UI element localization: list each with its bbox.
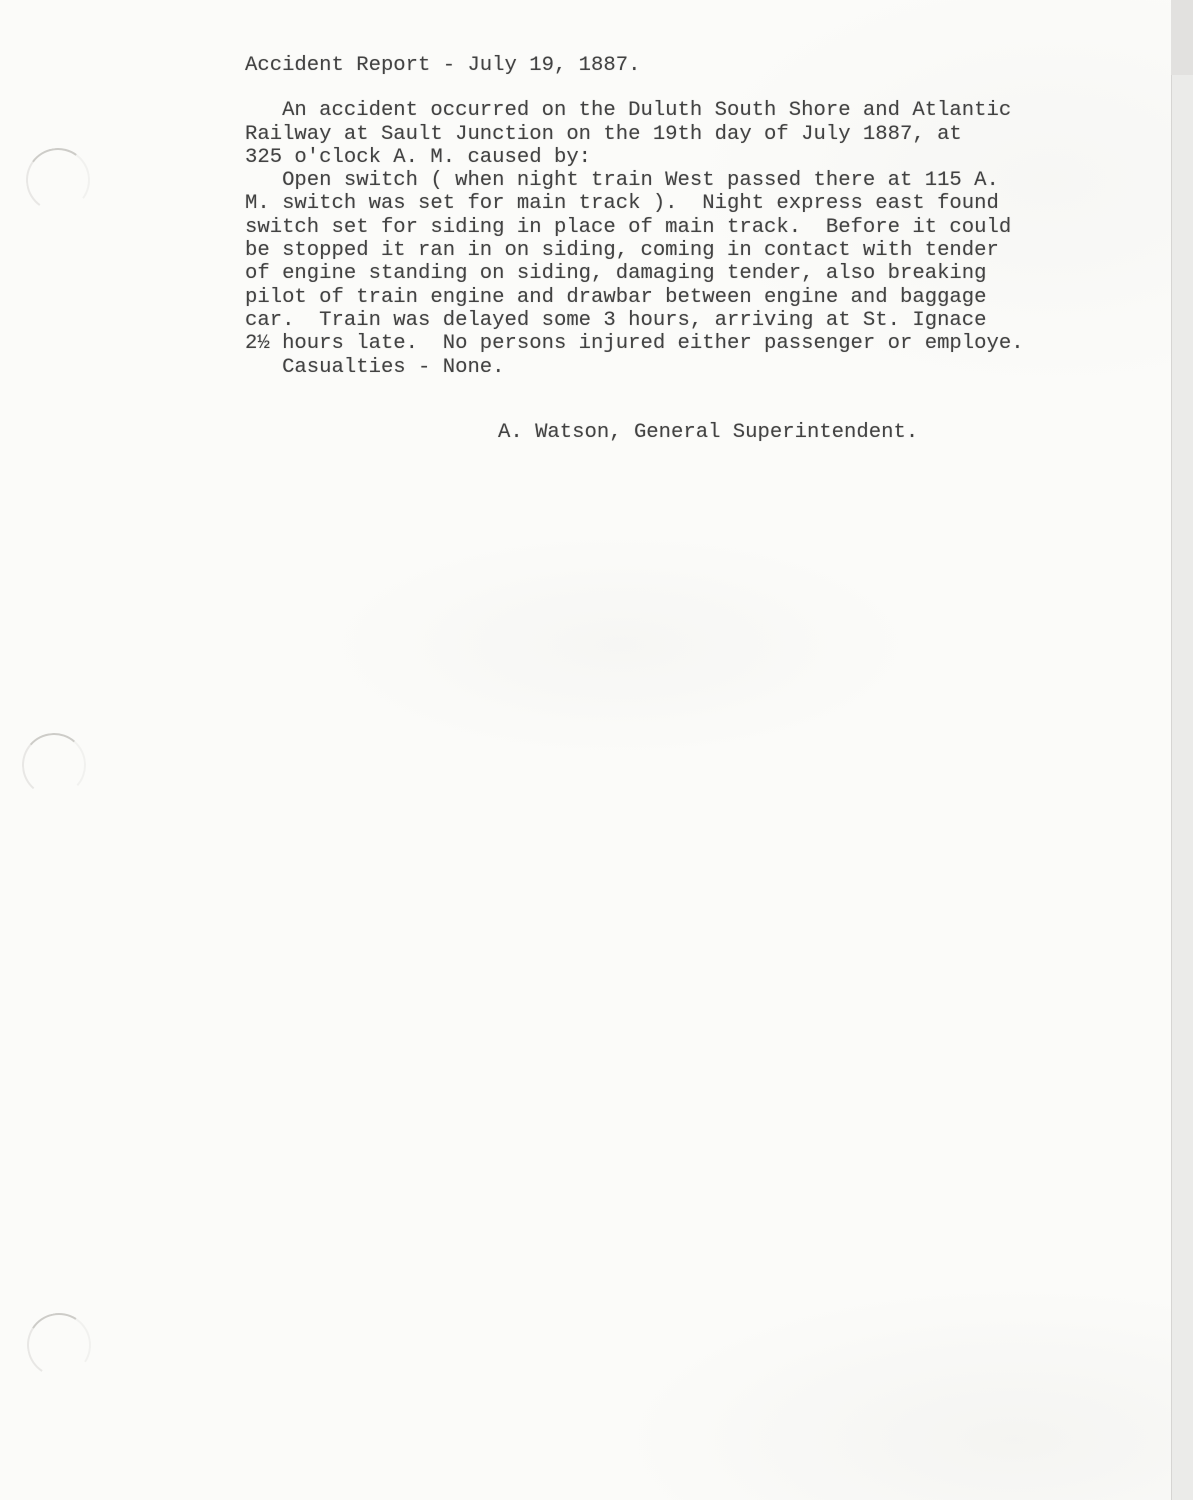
body-line: Open switch ( when night train West pass… <box>245 169 1024 192</box>
body-line: Casualties - None. <box>245 356 1024 379</box>
signature-line: A. Watson, General Superintendent. <box>498 421 1024 444</box>
body-line: be stopped it ran in on siding, coming i… <box>245 239 1024 262</box>
page-right-edge <box>1171 0 1193 1500</box>
body-line: An accident occurred on the Duluth South… <box>245 99 1024 122</box>
document-content: Accident Report - July 19, 1887. An acci… <box>0 0 1024 444</box>
document-title: Accident Report - July 19, 1887. <box>245 54 1024 77</box>
body-line: pilot of train engine and drawbar betwee… <box>245 286 1024 309</box>
punch-hole-mark-bottom <box>21 1307 97 1383</box>
body-line: 325 o'clock A. M. caused by: <box>245 146 1024 169</box>
scanned-page: Accident Report - July 19, 1887. An acci… <box>0 0 1193 1500</box>
body-line: M. switch was set for main track ). Nigh… <box>245 192 1024 215</box>
page-edge-shadow <box>1171 0 1193 75</box>
body-line: of engine standing on siding, damaging t… <box>245 262 1024 285</box>
punch-hole-mark-middle <box>20 731 88 799</box>
body-line: 2½ hours late. No persons injured either… <box>245 332 1024 355</box>
body-line: switch set for siding in place of main t… <box>245 216 1024 239</box>
document-body: An accident occurred on the Duluth South… <box>245 99 1024 379</box>
body-line: car. Train was delayed some 3 hours, arr… <box>245 309 1024 332</box>
body-line: Railway at Sault Junction on the 19th da… <box>245 123 1024 146</box>
